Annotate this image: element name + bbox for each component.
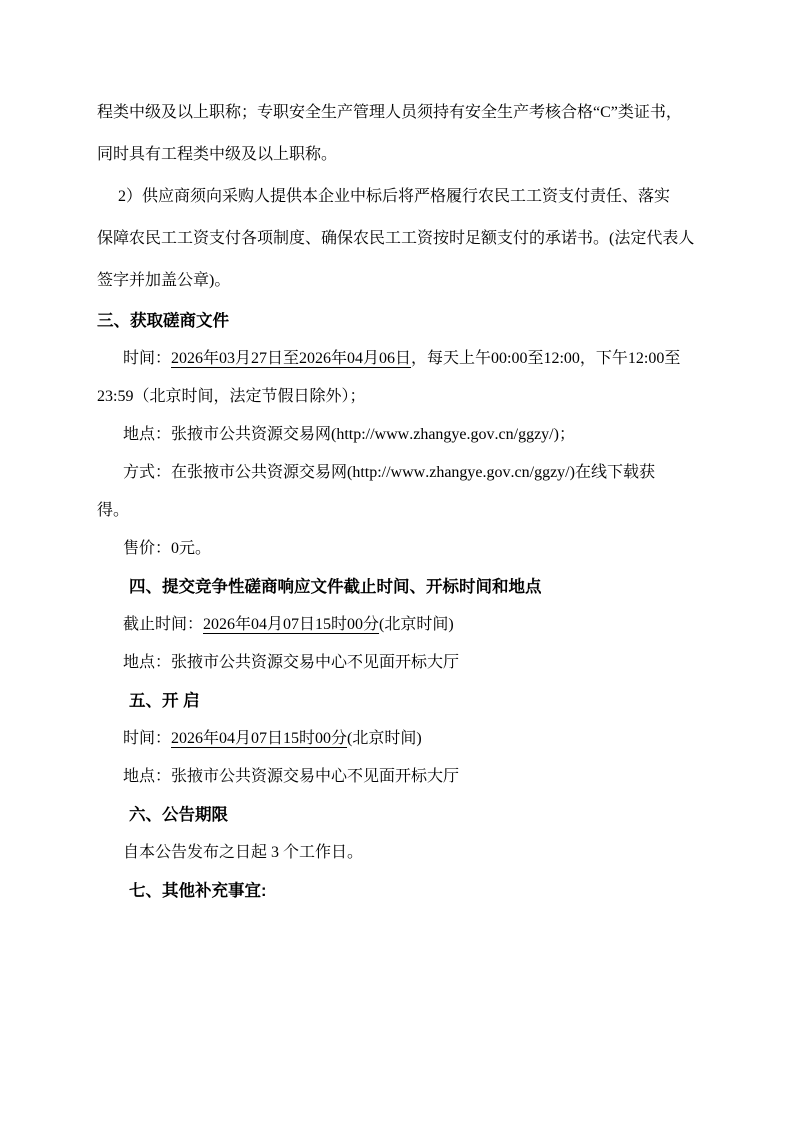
text-segment: 截止时间： [123, 616, 203, 633]
document-line: 截止时间：2026年04月07日15时00分(北京时间) [97, 606, 703, 644]
text-segment: 四、提交竞争性磋商响应文件截止时间、开标时间和地点 [129, 578, 542, 596]
document-line: 方式：在张掖市公共资源交易网(http://www.zhangye.gov.cn… [97, 454, 703, 492]
text-segment: 23:59（北京时间，法定节假日除外）； [97, 388, 365, 405]
document-line: 2）供应商须向采购人提供本企业中标后将严格履行农民工工资支付责任、落实 [97, 176, 703, 218]
document-line: 时间：2026年04月07日15时00分(北京时间) [97, 720, 703, 758]
underlined-text: 2026年04月07日15时00分 [171, 730, 347, 747]
text-segment: 2）供应商须向采购人提供本企业中标后将严格履行农民工工资支付责任、落实 [118, 188, 670, 205]
text-segment: ，每天上午00:00至12:00，下午12:00至 [411, 350, 680, 367]
text-segment: 时间： [123, 730, 171, 747]
text-segment: 保障农民工工资支付各项制度、确保农民工工资按时足额支付的承诺书。(法定代表人 [97, 230, 694, 247]
text-segment: 地点：张掖市公共资源交易中心不见面开标大厅 [123, 654, 459, 671]
text-segment: 程类中级及以上职称；专职安全生产管理人员须持有安全生产考核合格“C”类证书， [97, 104, 682, 121]
text-segment: 六、公告期限 [129, 806, 228, 824]
document-line: 签字并加盖公章)。 [97, 260, 703, 302]
document-line: 自本公告发布之日起 3 个工作日。 [97, 834, 703, 872]
document-line: 同时具有工程类中级及以上职称。 [97, 134, 703, 176]
section-heading: 七、其他补充事宜: [97, 872, 703, 910]
text-segment: 五、开 启 [129, 692, 200, 710]
underlined-text: 2026年04月07日15时00分 [203, 616, 379, 633]
section-heading: 六、公告期限 [97, 796, 703, 834]
section-heading: 四、提交竞争性磋商响应文件截止时间、开标时间和地点 [97, 568, 703, 606]
text-segment: (北京时间) [379, 616, 454, 633]
document-page: 程类中级及以上职称；专职安全生产管理人员须持有安全生产考核合格“C”类证书，同时… [0, 0, 793, 1122]
section-heading: 五、开 启 [97, 682, 703, 720]
document-line: 地点：张掖市公共资源交易网(http://www.zhangye.gov.cn/… [97, 416, 703, 454]
document-line: 地点：张掖市公共资源交易中心不见面开标大厅 [97, 758, 703, 796]
document-line: 得。 [97, 492, 703, 530]
text-segment: 七、其他补充事宜: [129, 882, 267, 900]
document-line: 时间：2026年03月27日至2026年04月06日，每天上午00:00至12:… [97, 340, 703, 378]
text-segment: 同时具有工程类中级及以上职称。 [97, 146, 337, 163]
underlined-text: 2026年03月27日至2026年04月06日 [171, 350, 411, 367]
text-segment: 售价：0元。 [123, 540, 211, 557]
document-line: 地点：张掖市公共资源交易中心不见面开标大厅 [97, 644, 703, 682]
document-line: 保障农民工工资支付各项制度、确保农民工工资按时足额支付的承诺书。(法定代表人 [97, 218, 703, 260]
document-line: 23:59（北京时间，法定节假日除外）； [97, 378, 703, 416]
text-segment: 签字并加盖公章)。 [97, 272, 230, 289]
text-segment: 时间： [123, 350, 171, 367]
text-segment: 方式：在张掖市公共资源交易网(http://www.zhangye.gov.cn… [123, 464, 655, 481]
text-segment: 自本公告发布之日起 3 个工作日。 [123, 844, 363, 861]
text-segment: (北京时间) [347, 730, 422, 747]
document-content: 程类中级及以上职称；专职安全生产管理人员须持有安全生产考核合格“C”类证书，同时… [97, 92, 703, 910]
text-segment: 三、获取磋商文件 [97, 312, 229, 330]
section-heading: 三、获取磋商文件 [97, 302, 703, 340]
text-segment: 得。 [97, 502, 129, 519]
text-segment: 地点：张掖市公共资源交易中心不见面开标大厅 [123, 768, 459, 785]
document-line: 售价：0元。 [97, 530, 703, 568]
document-line: 程类中级及以上职称；专职安全生产管理人员须持有安全生产考核合格“C”类证书， [97, 92, 703, 134]
text-segment: 地点：张掖市公共资源交易网(http://www.zhangye.gov.cn/… [123, 426, 575, 443]
